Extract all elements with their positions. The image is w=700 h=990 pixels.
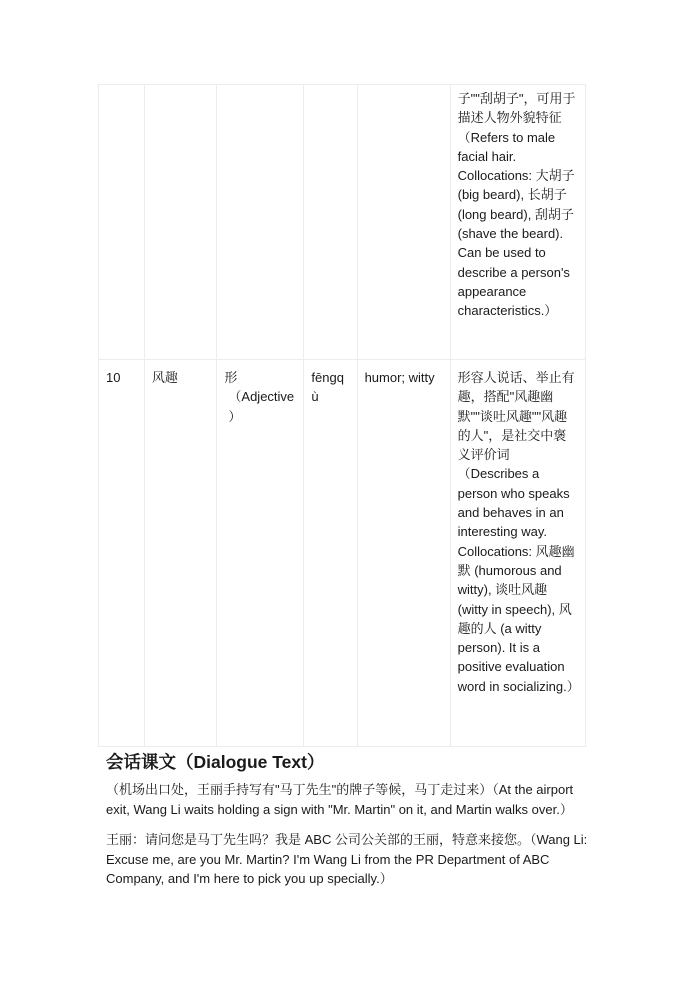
pos-chinese: 形 (224, 370, 237, 385)
cell-word (144, 85, 217, 360)
cell-meaning: humor; witty (357, 360, 450, 747)
cell-number: 10 (99, 360, 145, 747)
cell-word: 风趣 (144, 360, 217, 747)
cell-notes: 形容人说话、举止有趣，搭配"风趣幽默""谈吐风趣""风趣的人"，是社交中褒义评价… (450, 360, 585, 747)
dialogue-line: 王丽：请问您是马丁先生吗？我是 ABC 公司公关部的王丽，特意来接您。（Wang… (106, 830, 592, 889)
cell-part-of-speech: 形 （Adjective） (217, 360, 304, 747)
cell-meaning (357, 85, 450, 360)
table-row-continued: 子""刮胡子"，可用于描述人物外貌特征（Refers to male facia… (99, 85, 586, 360)
pos-english: （Adjective） (224, 387, 296, 426)
cell-pinyin: fēngqù (304, 360, 357, 747)
dialogue-scene: （机场出口处，王丽手持写有"马丁先生"的牌子等候，马丁走过来）（At the a… (106, 780, 592, 819)
vocabulary-table: 子""刮胡子"，可用于描述人物外貌特征（Refers to male facia… (98, 84, 586, 747)
dialogue-heading: 会话课文（Dialogue Text） (106, 749, 324, 774)
cell-number (99, 85, 145, 360)
cell-pinyin (304, 85, 357, 360)
table-row: 10 风趣 形 （Adjective） fēngqù humor; witty … (99, 360, 586, 747)
cell-part-of-speech (217, 85, 304, 360)
cell-notes: 子""刮胡子"，可用于描述人物外貌特征（Refers to male facia… (450, 85, 585, 360)
